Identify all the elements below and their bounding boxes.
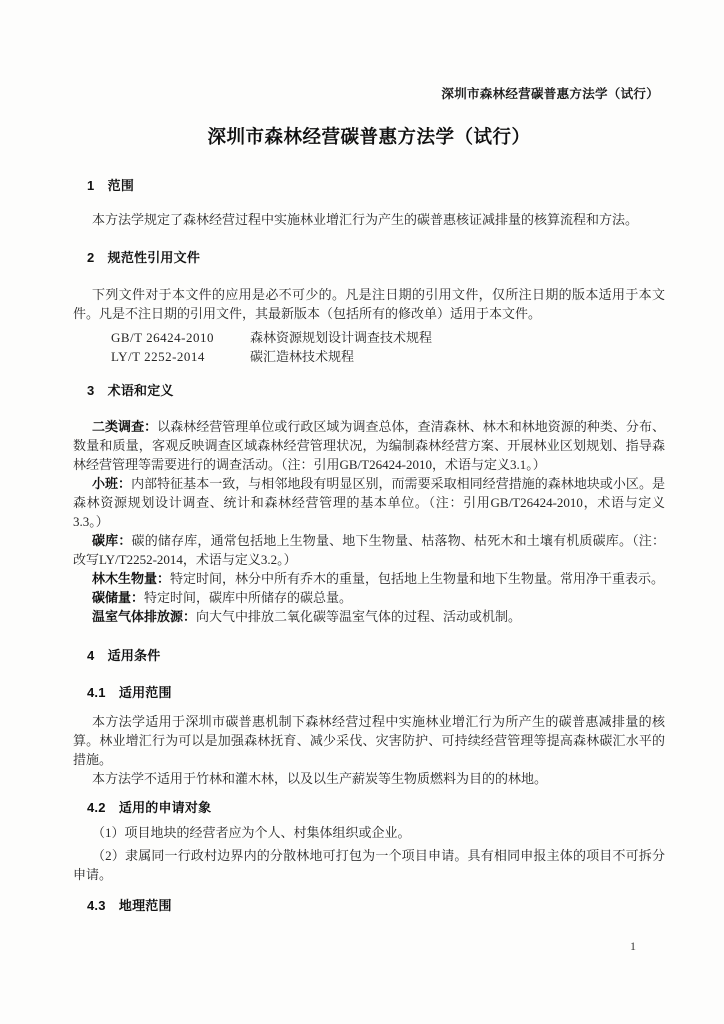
section-3-heading: 3 术语和定义 [87,381,665,400]
term-name: 林木生物量： [92,571,170,586]
term-definition: 碳储量：特定时间，碳库中所储存的碳总量。 [73,588,665,607]
term-name: 二类调查： [92,419,157,434]
term-text: 向大气中排放二氧化碳等温室气体的过程、活动或机制。 [196,609,521,624]
reference-name: 碳汇造林技术规程 [250,349,354,364]
section-4-heading: 4 适用条件 [87,646,665,665]
term-text: 内部特征基本一致，与相邻地段有明显区别，而需要采取相同经营措施的森林地块或小区。… [73,476,665,529]
term-text: 以森林经营管理单位或行政区域为调查总体，查清森林、林木和林地资源的种类、分布、数… [73,419,665,472]
section-2-heading: 2 规范性引用文件 [87,248,665,267]
term-definition: 温室气体排放源：向大气中排放二氧化碳等温室气体的过程、活动或机制。 [73,607,665,626]
section-4-1-paragraph: 本方法学适用于深圳市碳普惠机制下森林经营过程中实施林业增汇行为所产生的碳普惠减排… [73,712,665,769]
term-name: 碳储量： [92,590,144,605]
section-4-3-heading: 4.3 地理范围 [87,896,665,915]
section-2-paragraph: 下列文件对于本文件的应用是必不可少的。凡是注日期的引用文件，仅所注日期的版本适用… [73,285,665,323]
term-name: 温室气体排放源： [92,609,196,624]
terms-list: 二类调查：以森林经营管理单位或行政区域为调查总体，查清森林、林木和林地资源的种类… [73,417,665,626]
reference-item: GB/T 26424-2010森林资源规划设计调查技术规程 [73,328,665,347]
term-definition: 二类调查：以森林经营管理单位或行政区域为调查总体，查清森林、林木和林地资源的种类… [73,417,665,474]
section-1-heading: 1 范围 [87,176,665,195]
section-4-2-item: （1）项目地块的经营者应为个人、村集体组织或企业。 [73,823,665,842]
term-definition: 碳库：碳的储存库，通常包括地上生物量、地下生物量、枯落物、枯死木和土壤有机质碳库… [73,531,665,569]
document-title: 深圳市森林经营碳普惠方法学（试行） [73,123,665,151]
section-1-paragraph: 本方法学规定了森林经营过程中实施林业增汇行为产生的碳普惠核证减排量的核算流程和方… [73,210,665,229]
term-name: 小班： [92,476,131,491]
section-4-1-paragraph: 本方法学不适用于竹林和灌木林，以及以生产薪炭等生物质燃料为目的的林地。 [73,769,665,788]
reference-code: LY/T 2252-2014 [92,347,250,366]
term-text: 特定时间，碳库中所储存的碳总量。 [144,590,352,605]
term-name: 碳库： [92,533,132,548]
term-definition: 林木生物量：特定时间，林分中所有乔木的重量，包括地上生物量和地下生物量。常用净干… [73,569,665,588]
term-text: 特定时间，林分中所有乔木的重量，包括地上生物量和地下生物量。常用净干重表示。 [170,571,664,586]
section-4-1-heading: 4.1 适用范围 [87,683,665,702]
reference-code: GB/T 26424-2010 [92,328,250,347]
page-number: 1 [630,939,636,954]
reference-name: 森林资源规划设计调查技术规程 [250,330,432,345]
term-text: 碳的储存库，通常包括地上生物量、地下生物量、枯落物、枯死木和土壤有机质碳库。（注… [73,533,665,567]
running-header: 深圳市森林经营碳普惠方法学（试行） [73,87,665,101]
term-definition: 小班：内部特征基本一致，与相邻地段有明显区别，而需要采取相同经营措施的森林地块或… [73,474,665,531]
document-page: 深圳市森林经营碳普惠方法学（试行） 深圳市森林经营碳普惠方法学（试行） 1 范围… [0,0,724,1024]
section-4-2-item: （2）隶属同一行政村边界内的分散林地可打包为一个项目申请。具有相同申报主体的项目… [73,846,665,884]
section-4-2-heading: 4.2 适用的申请对象 [87,798,665,817]
reference-item: LY/T 2252-2014碳汇造林技术规程 [73,347,665,366]
